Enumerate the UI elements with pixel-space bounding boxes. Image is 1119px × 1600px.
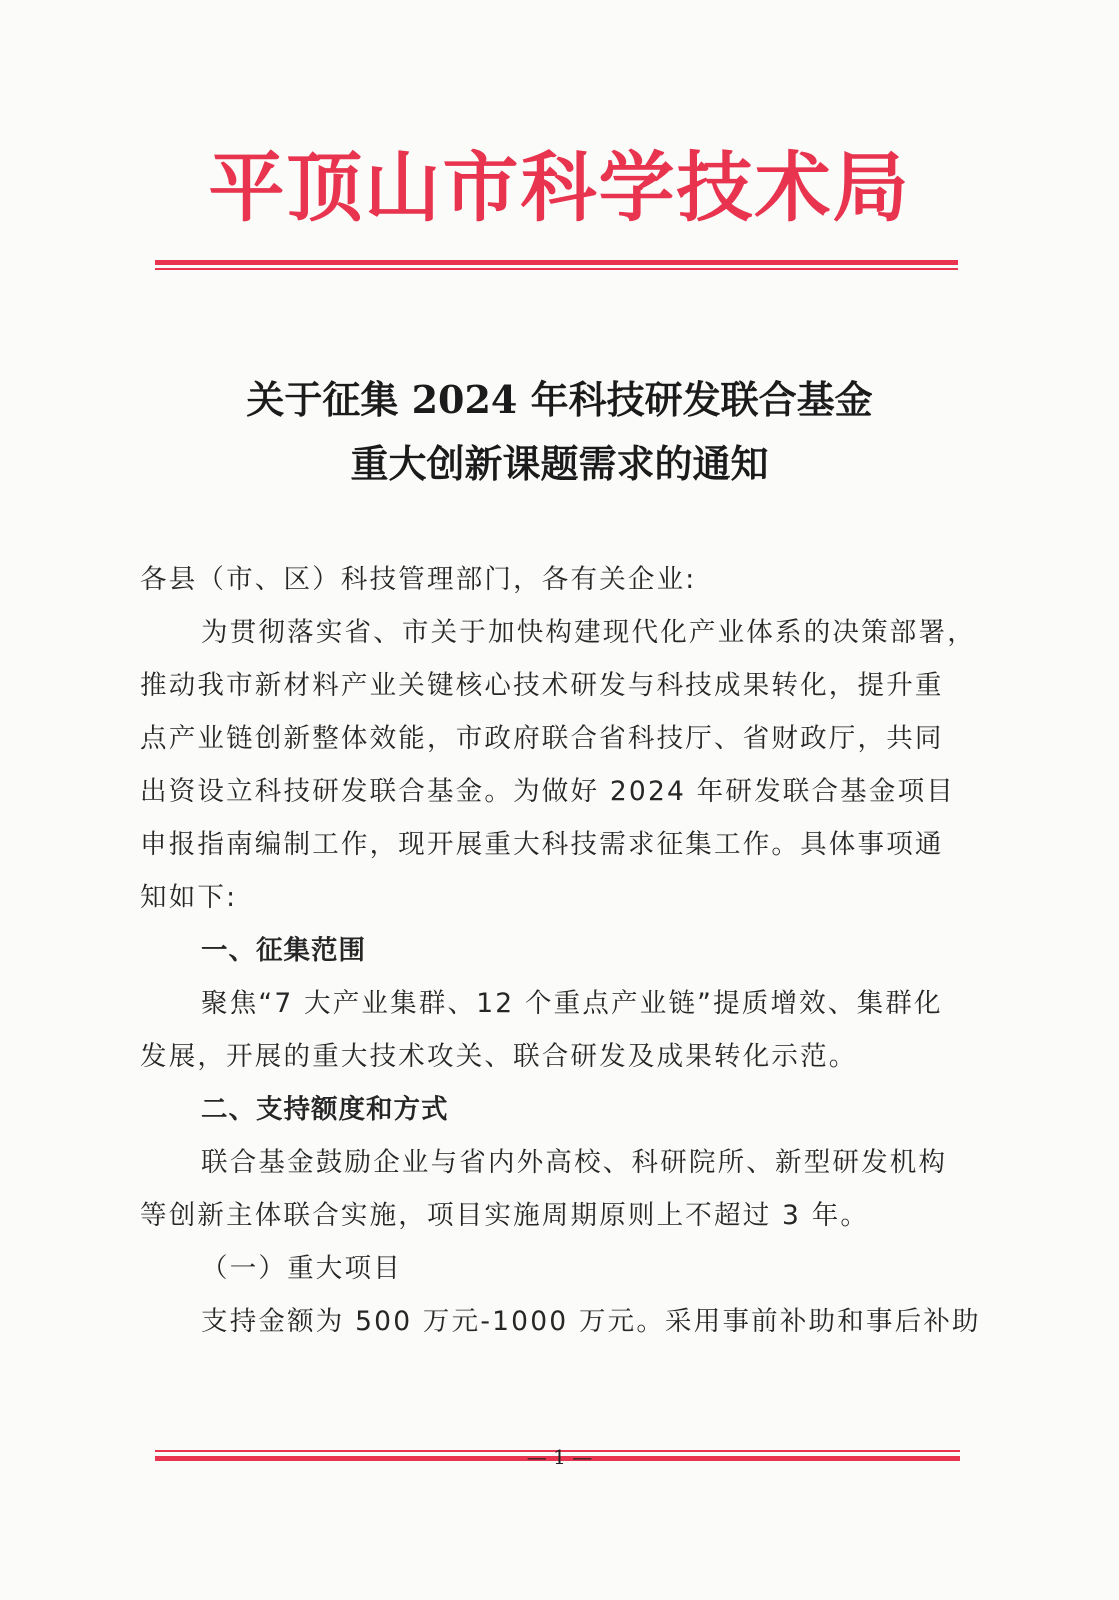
document-title-line-1: 关于征集 2024 年科技研发联合基金: [0, 368, 1119, 432]
document-body: 各县（市、区）科技管理部门，各有关企业: 为贯彻落实省、市关于加快构建现代化产业…: [140, 553, 985, 1348]
document-page: 平顶山市科学技术局 关于征集 2024 年科技研发联合基金 重大创新课题需求的通…: [0, 0, 1119, 1600]
letterhead-divider: [155, 260, 958, 270]
section-heading-scope: 一、征集范围: [140, 924, 985, 977]
page-number: — 1 —: [0, 1445, 1119, 1469]
body-line: 知如下:: [140, 871, 985, 924]
subsection-line: 支持金额为 500 万元-1000 万元。采用事前补助和事后补助: [140, 1295, 985, 1348]
body-line: 为贯彻落实省、市关于加快构建现代化产业体系的决策部署，: [140, 606, 985, 659]
body-line: 出资设立科技研发联合基金。为做好 2024 年研发联合基金项目: [140, 765, 985, 818]
section-line: 联合基金鼓励企业与省内外高校、科研院所、新型研发机构: [140, 1136, 985, 1189]
organization-letterhead: 平顶山市科学技术局: [0, 140, 1119, 236]
section-heading-support: 二、支持额度和方式: [140, 1083, 985, 1136]
salutation: 各县（市、区）科技管理部门，各有关企业:: [140, 553, 985, 606]
section-line: 聚焦“7 大产业集群、12 个重点产业链”提质增效、集群化: [140, 977, 985, 1030]
document-title: 关于征集 2024 年科技研发联合基金 重大创新课题需求的通知: [0, 368, 1119, 496]
body-line: 申报指南编制工作，现开展重大科技需求征集工作。具体事项通: [140, 818, 985, 871]
body-line: 推动我市新材料产业关键核心技术研发与科技成果转化，提升重: [140, 659, 985, 712]
section-line: 等创新主体联合实施，项目实施周期原则上不超过 3 年。: [140, 1189, 985, 1242]
document-title-line-2: 重大创新课题需求的通知: [0, 432, 1119, 496]
body-line: 点产业链创新整体效能，市政府联合省科技厅、省财政厅，共同: [140, 712, 985, 765]
divider-thick-line: [155, 260, 958, 265]
subsection-heading-major-projects: （一）重大项目: [140, 1242, 985, 1295]
page-number-text: — 1 —: [523, 1445, 596, 1469]
divider-thin-line: [155, 268, 958, 270]
section-line: 发展，开展的重大技术攻关、联合研发及成果转化示范。: [140, 1030, 985, 1083]
